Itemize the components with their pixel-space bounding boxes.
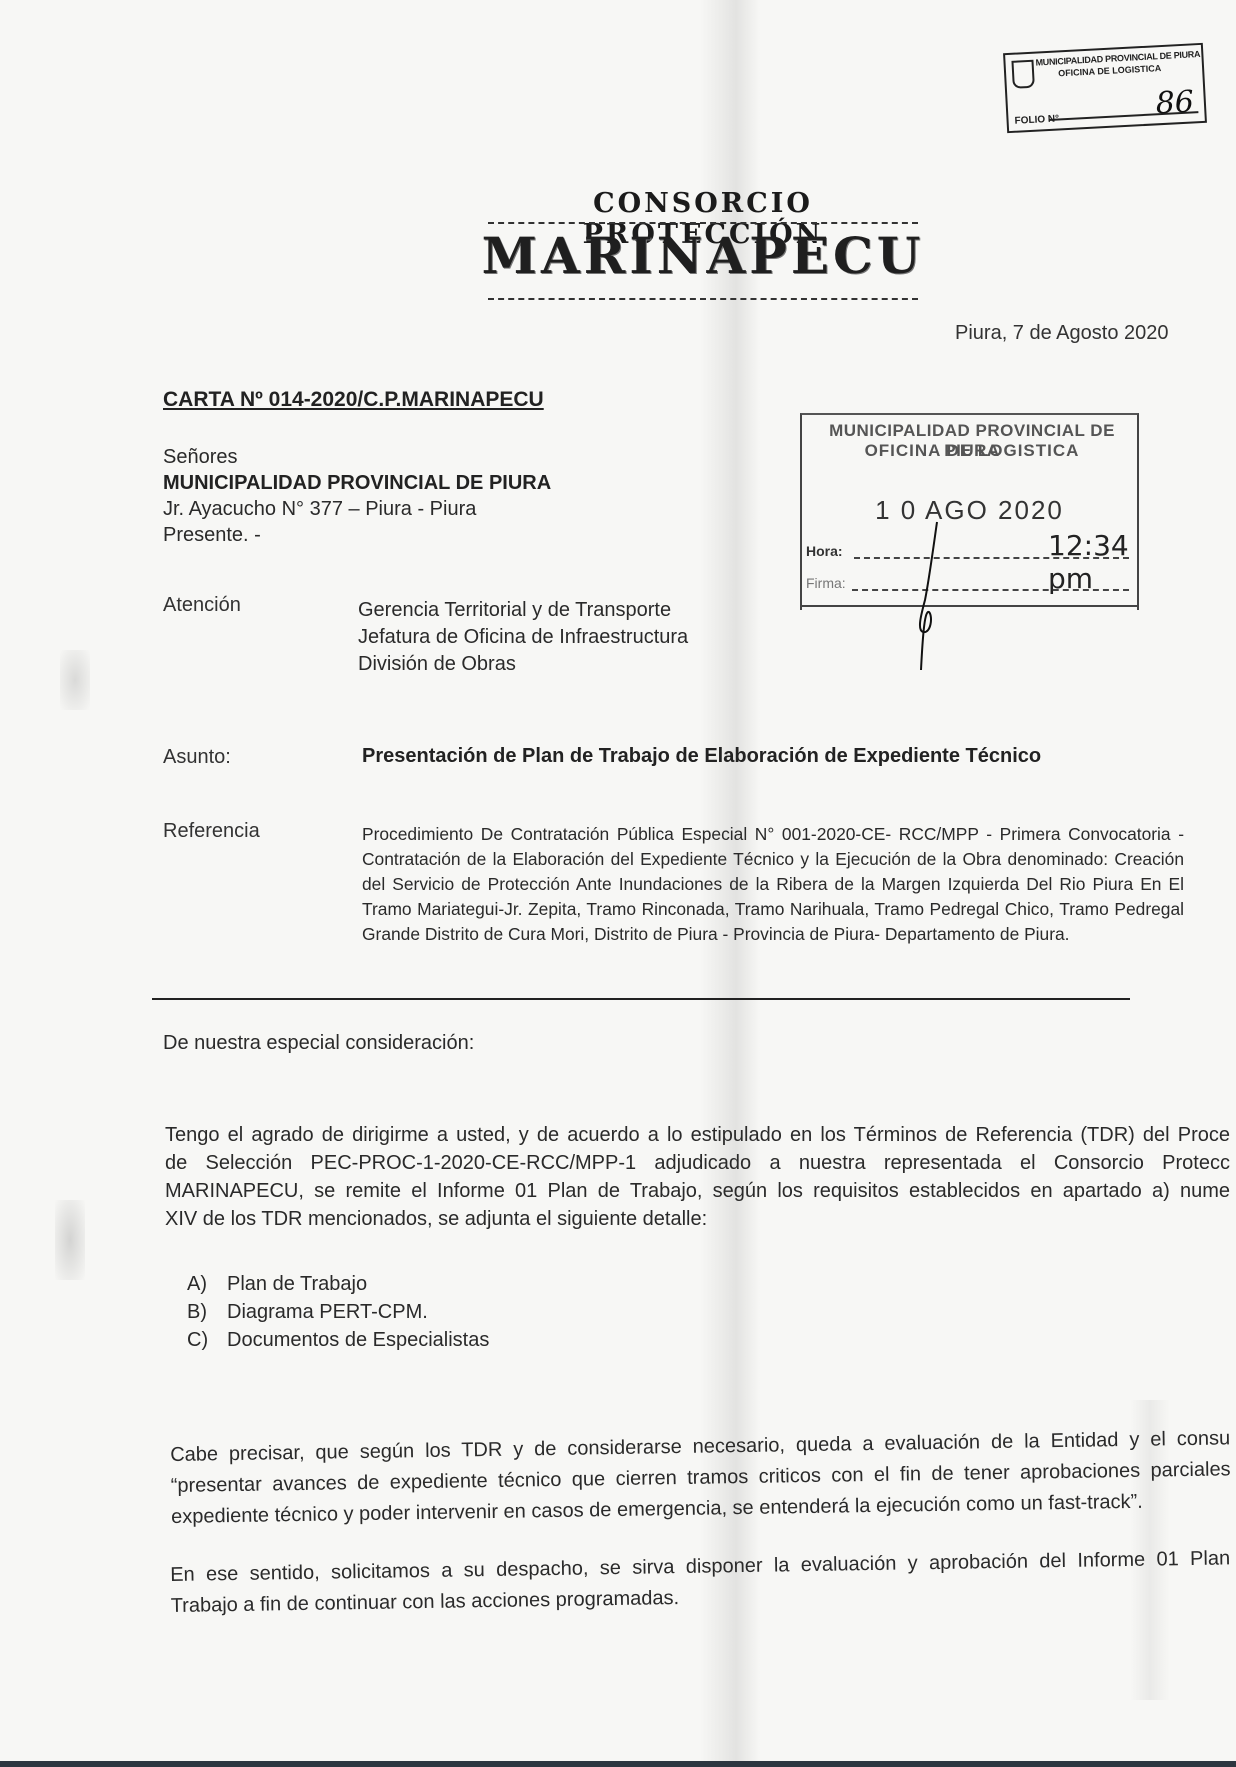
letterhead-rule bbox=[488, 298, 918, 300]
scanned-letter-page: MUNICIPALIDAD PROVINCIAL DE PIURA OFICIN… bbox=[0, 0, 1236, 1767]
reception-stamp-line2: OFICINA DE LOGISTICA bbox=[812, 441, 1132, 461]
scan-smudge bbox=[55, 1200, 85, 1280]
stamp-border bbox=[802, 605, 1137, 607]
addressee-block: Señores MUNICIPALIDAD PROVINCIAL DE PIUR… bbox=[163, 444, 551, 548]
attachment-label: Diagrama PERT-CPM. bbox=[227, 1298, 428, 1326]
attention-lines: Gerencia Territorial y de Transporte Jef… bbox=[358, 597, 688, 678]
attention-line: División de Obras bbox=[358, 651, 688, 678]
addressee-address: Jr. Ayacucho N° 377 – Piura - Piura bbox=[163, 496, 551, 522]
letterhead-rule bbox=[488, 222, 918, 224]
body-paragraph-3: En ese sentido, solicitamos a su despach… bbox=[170, 1543, 1231, 1622]
letterhead-main: MARINAPECU bbox=[478, 226, 928, 285]
addressee-presente: Presente. - bbox=[163, 522, 551, 548]
letter-date: Piura, 7 de Agosto 2020 bbox=[955, 322, 1169, 345]
section-divider bbox=[152, 998, 1130, 1000]
firma-label: Firma: bbox=[806, 575, 846, 591]
attachment-label: Documentos de Especialistas bbox=[227, 1326, 489, 1354]
addressee-salutation: Señores bbox=[163, 444, 551, 470]
reception-stamp: MUNICIPALIDAD PROVINCIAL DE PIURA OFICIN… bbox=[800, 413, 1139, 610]
reference-text: Procedimiento De Contratación Pública Es… bbox=[362, 822, 1184, 947]
municipal-crest-icon bbox=[1011, 60, 1034, 89]
attachment-item: A) Plan de Trabajo bbox=[187, 1270, 489, 1298]
addressee-entity: MUNICIPALIDAD PROVINCIAL DE PIURA bbox=[163, 470, 551, 496]
reference-label: Referencia bbox=[163, 820, 260, 843]
body-paragraph-1: Tengo el agrado de dirigirme a usted, y … bbox=[165, 1121, 1230, 1233]
attachment-key: B) bbox=[187, 1298, 227, 1326]
attention-line: Gerencia Territorial y de Transporte bbox=[358, 597, 688, 624]
firma-line bbox=[852, 589, 1129, 591]
greeting: De nuestra especial consideración: bbox=[163, 1032, 474, 1055]
letter-number: CARTA Nº 014-2020/C.P.MARINAPECU bbox=[163, 388, 544, 412]
attention-line: Jefatura de Oficina de Infraestructura bbox=[358, 624, 688, 651]
attachment-key: A) bbox=[187, 1270, 227, 1298]
attention-label: Atención bbox=[163, 594, 241, 617]
attachment-list: A) Plan de Trabajo B) Diagrama PERT-CPM.… bbox=[187, 1270, 489, 1354]
reception-date: 1 0 AGO 2020 bbox=[802, 495, 1137, 526]
folio-stamp: MUNICIPALIDAD PROVINCIAL DE PIURA OFICIN… bbox=[1003, 43, 1207, 133]
paragraph-line: Tengo el agrado de dirigirme a usted, y … bbox=[165, 1121, 1230, 1149]
subject-label: Asunto: bbox=[163, 746, 231, 769]
attachment-key: C) bbox=[187, 1326, 227, 1354]
attachment-item: B) Diagrama PERT-CPM. bbox=[187, 1298, 489, 1326]
hora-label: Hora: bbox=[806, 543, 843, 559]
attachment-item: C) Documentos de Especialistas bbox=[187, 1326, 489, 1354]
subject-value: Presentación de Plan de Trabajo de Elabo… bbox=[362, 745, 1041, 768]
hora-value: 12:34 pm bbox=[1048, 529, 1137, 595]
signature-icon bbox=[915, 520, 945, 670]
body-paragraph-2: Cabe precisar, que según los TDR y de co… bbox=[170, 1423, 1231, 1533]
scan-smudge bbox=[60, 650, 90, 710]
attachment-label: Plan de Trabajo bbox=[227, 1270, 367, 1298]
paragraph-line: MARINAPECU, se remite el Informe 01 Plan… bbox=[165, 1177, 1230, 1205]
scan-bottom-edge bbox=[0, 1761, 1236, 1767]
folio-number: 86 bbox=[1155, 84, 1195, 121]
paragraph-line: XIV de los TDR mencionados, se adjunta e… bbox=[165, 1205, 1230, 1233]
paragraph-line: de Selección PEC-PROC-1-2020-CE-RCC/MPP-… bbox=[165, 1149, 1230, 1177]
